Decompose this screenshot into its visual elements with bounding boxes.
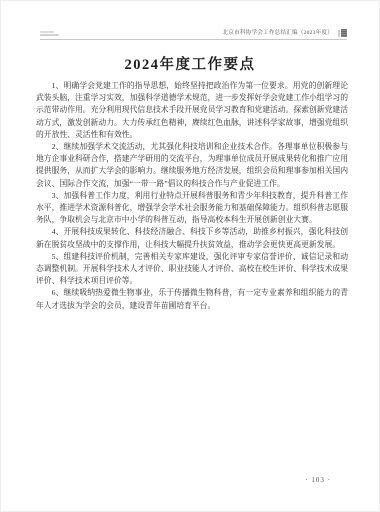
running-header-text: 北京市科协学会工作总结汇编（2023年度） — [223, 29, 333, 37]
page-number: · 103 · — [305, 476, 331, 484]
scan-artifact-mark — [40, 31, 59, 38]
page-header: 北京市科协学会工作总结汇编（2023年度） — [40, 27, 347, 40]
paragraph-3: 3、加强科普工作力度，利用行业特点开展科普服务和青少年科技教育，提升科普工作水平… — [36, 190, 348, 227]
page-title: 2024年度工作要点 — [1, 56, 379, 74]
paragraph-4: 4、开展科技成果转化、科技经济融合、科技下乡等活动，助推乡村振兴，强化科技创新在… — [36, 226, 348, 250]
paragraph-2: 2、继续加强学术交流活动，尤其强化科技培训和企业技术合作。各理事单位积极参与地方… — [36, 141, 348, 190]
bookmark-tab-icon — [338, 29, 347, 37]
header-right-group: 北京市科协学会工作总结汇编（2023年度） — [223, 29, 347, 37]
paragraph-6: 6、继续吸纳热爱微生物事业，乐于传播微生物科普，有一定专业素养和组织能力的青年人… — [36, 287, 348, 311]
paragraph-1: 1、明确学会党建工作的指导思想，始终坚持把政治作为第一位要求。用党的创新理论武装… — [36, 80, 348, 141]
page-footer: · 103 · — [305, 469, 331, 487]
document-page: 北京市科协学会工作总结汇编（2023年度） 2024年度工作要点 1、明确学会党… — [0, 0, 380, 512]
document-body: 1、明确学会党建工作的指导思想，始终坚持把政治作为第一位要求。用党的创新理论武装… — [36, 80, 348, 312]
paragraph-5: 5、组建科技评价机制，完善相关专家库建设，强化评审专家信誉评价、诚信记录和动态调… — [36, 251, 348, 288]
